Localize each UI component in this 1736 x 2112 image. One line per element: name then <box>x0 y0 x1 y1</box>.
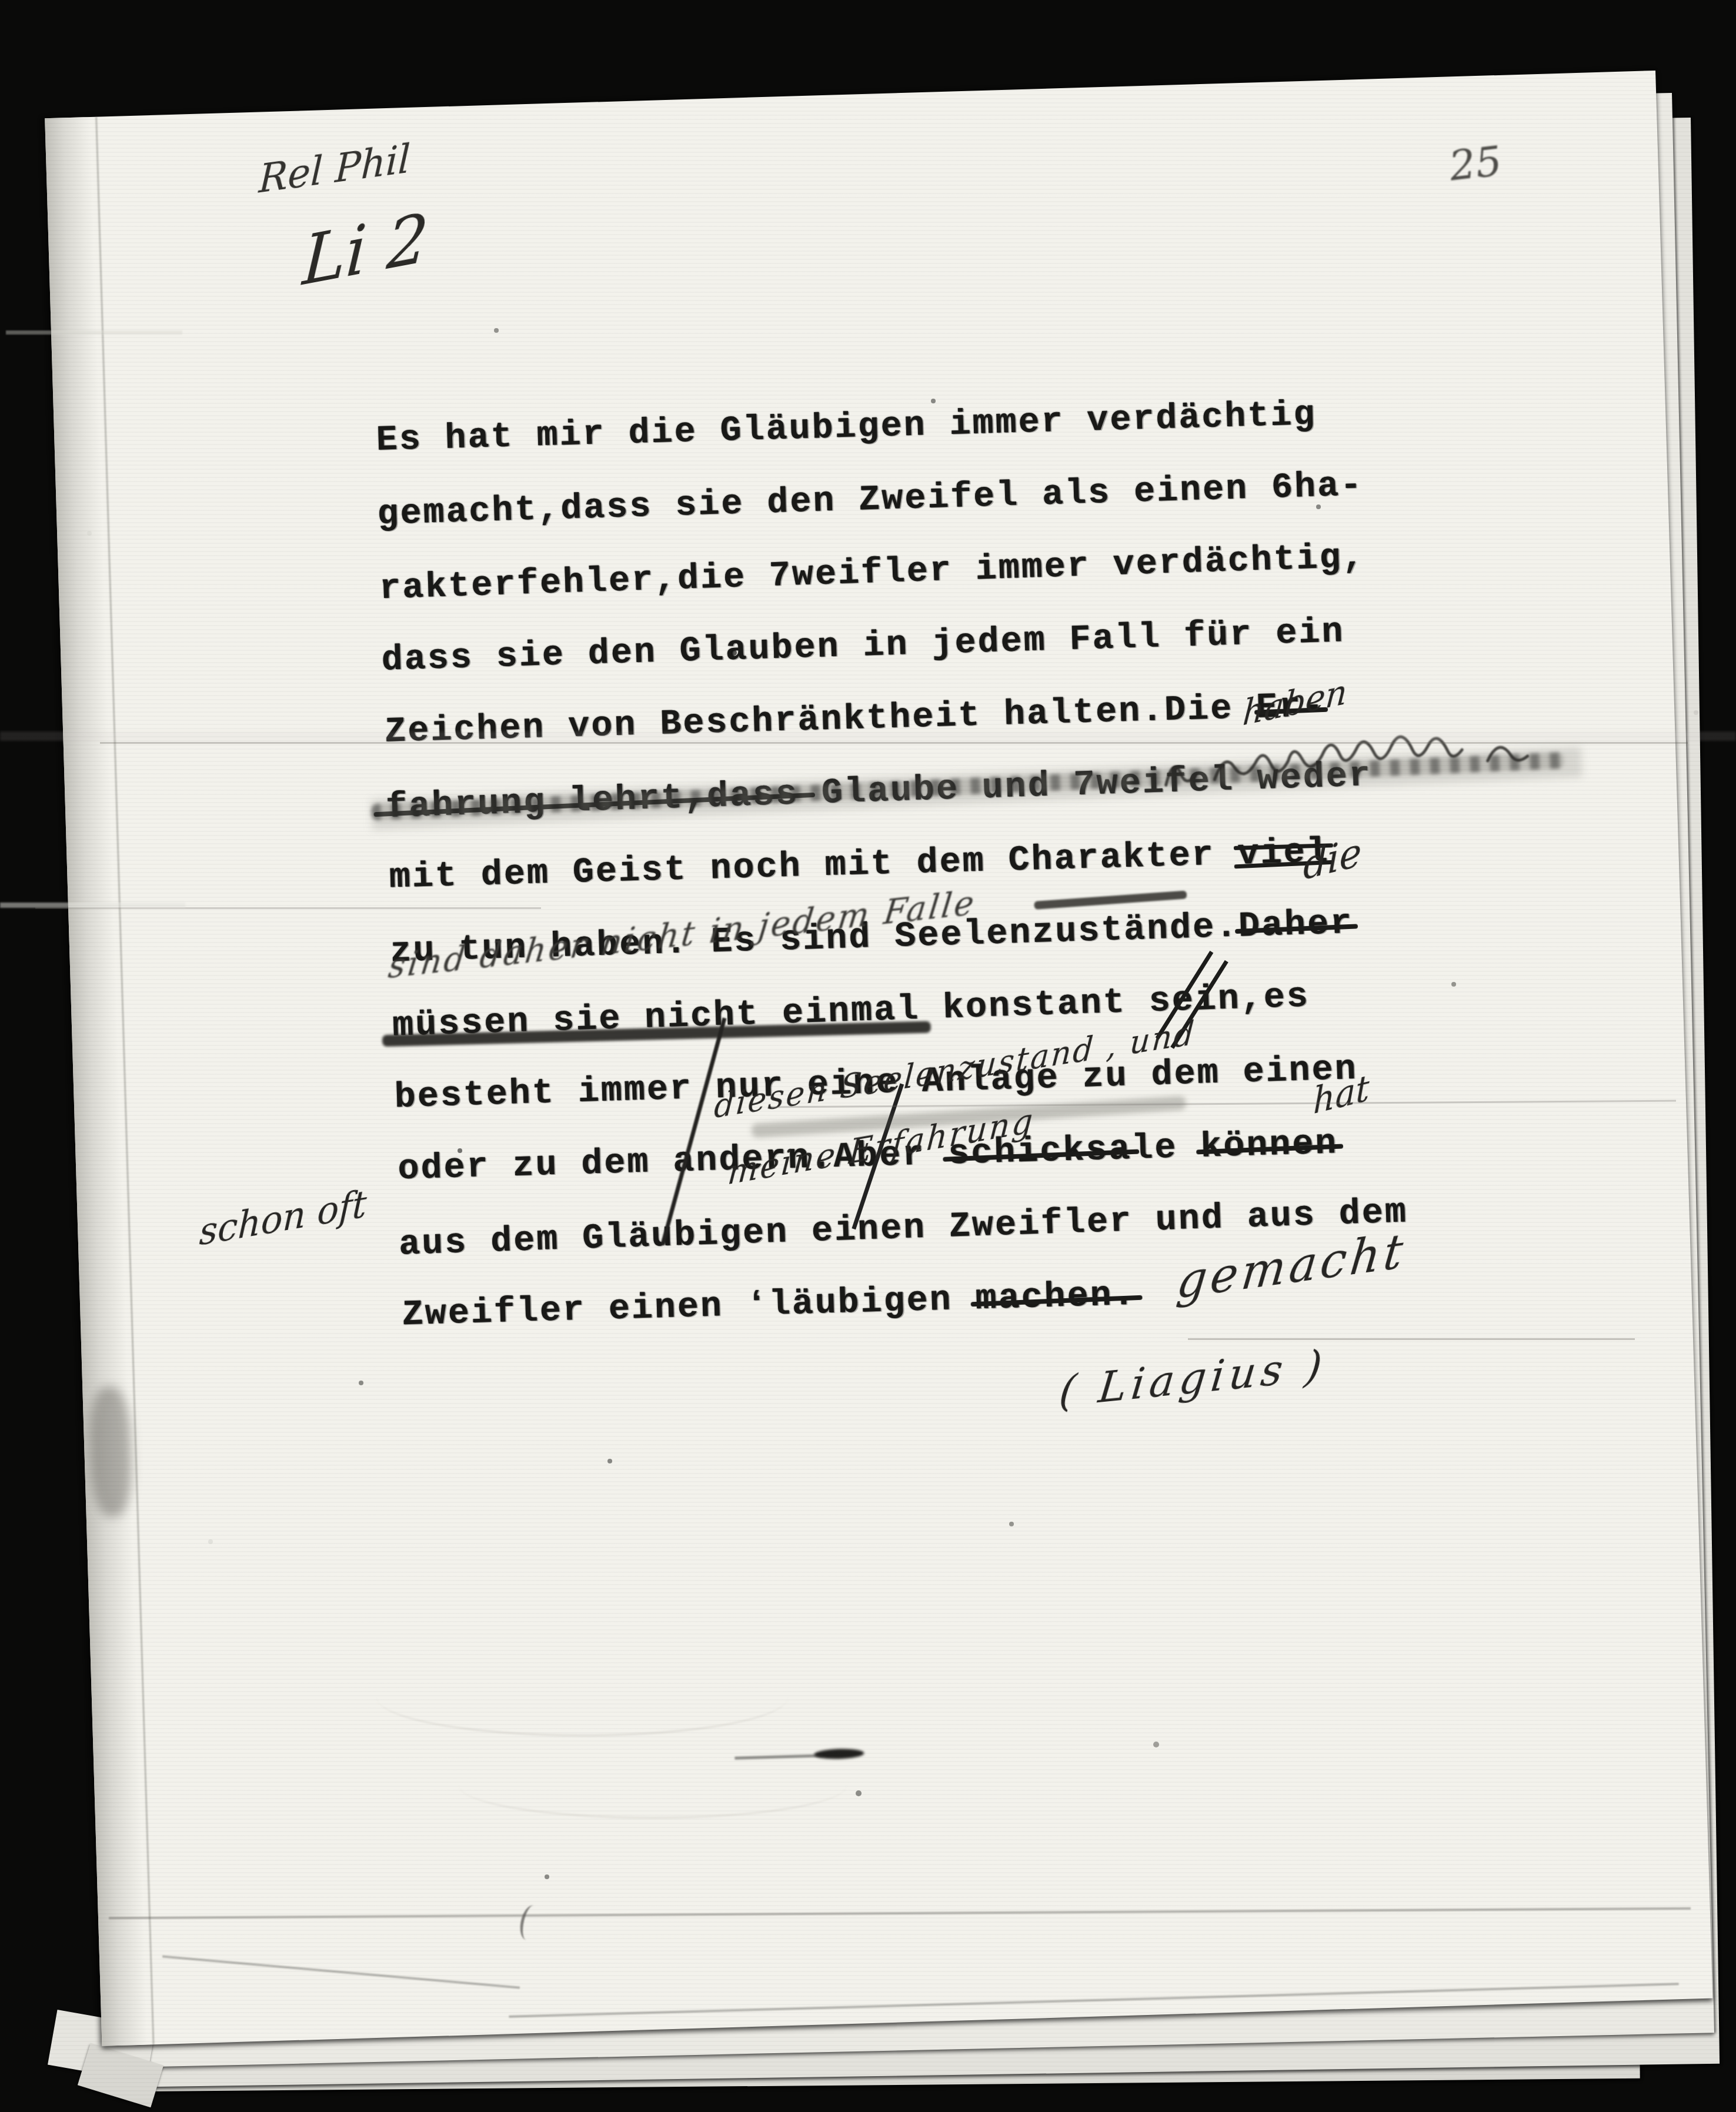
page-left-edge-shadow <box>45 117 148 2046</box>
struck-text: Daher <box>1237 887 1354 964</box>
handwritten-margin-note: schon oft <box>198 1182 368 1254</box>
page-edge-stain <box>88 1386 133 1517</box>
pencil-note-top-left-line1: Rel Phil <box>258 136 412 202</box>
illegible-handwriting-over-erasure <box>1157 719 1536 806</box>
ink-blob-tail <box>735 1754 823 1759</box>
typed-text <box>1214 818 1238 892</box>
handwritten-parenthetical-note: ( Liagius ) <box>1057 1340 1329 1417</box>
dust-specks <box>0 0 2 2</box>
stray-pen-mark <box>518 1904 543 1942</box>
pencil-note-top-left-line2: Li 2 <box>301 199 430 301</box>
struck-text: machen. <box>974 1259 1137 1336</box>
struck-text: Charakter <box>1007 819 1216 898</box>
typed-text: le <box>1131 1111 1201 1186</box>
typed-text: Zweifler einen ʻläubigen <box>401 1263 976 1352</box>
manuscript-page: Rel Phil Li 2 25 Es hat mir die Gläubige… <box>45 71 1712 2046</box>
typed-text: ,es <box>1240 961 1311 1036</box>
scanned-document-photo: Rel Phil Li 2 25 Es hat mir die Gläubige… <box>0 0 1736 2112</box>
handwritten-page-number: 25 <box>1447 136 1504 191</box>
